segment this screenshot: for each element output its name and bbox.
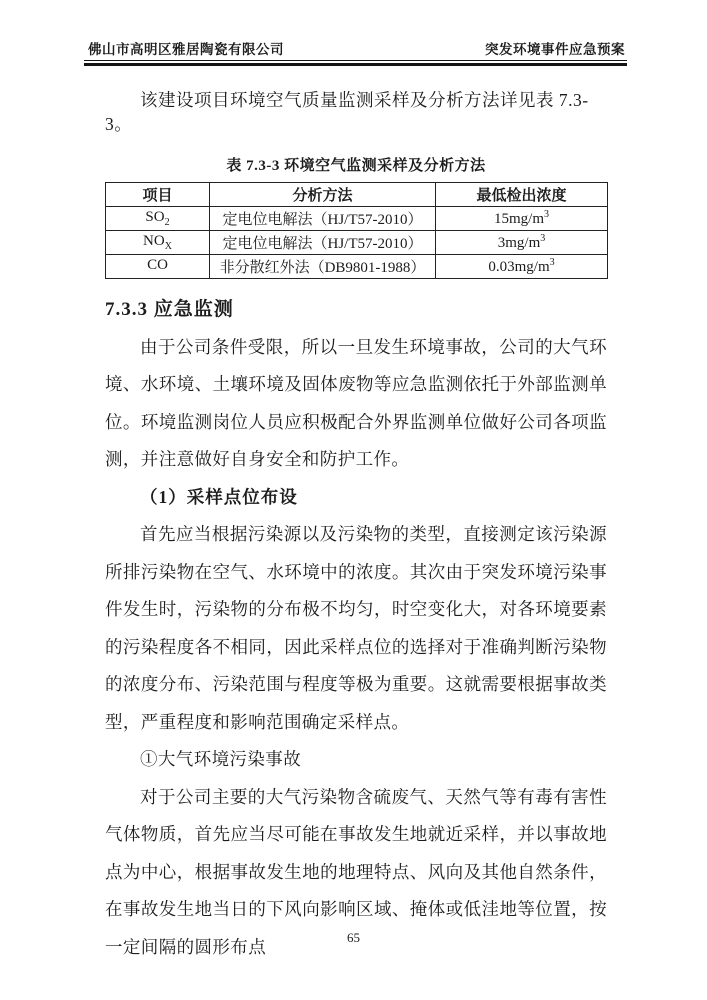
- section-paragraph-1: 由于公司条件受限，所以一旦发生环境事故，公司的大气环境、水环境、土壤环境及固体废…: [105, 329, 607, 479]
- item-heading-air-pollution-accident: ①大气环境污染事故: [105, 741, 607, 779]
- table-row: CO 非分散红外法（DB9801-1988） 0.03mg/m3: [106, 254, 608, 278]
- cell-detection-limit: 0.03mg/m3: [436, 254, 608, 278]
- header-divider-rule: [84, 60, 627, 66]
- limit-value: 0.03mg/m: [488, 259, 549, 275]
- item-symbol: CO: [147, 257, 168, 273]
- page-content: 该建设项目环境空气质量监测采样及分析方法详见表 7.3-3。 表 7.3-3 环…: [105, 88, 607, 966]
- column-header-item: 项目: [106, 182, 210, 206]
- sub-heading-sampling-points: （1）采样点位布设: [105, 479, 607, 517]
- air-monitoring-table: 项目 分析方法 最低检出浓度 SO2 定电位电解法（HJ/T57-2010） 1…: [105, 182, 608, 279]
- table-header-row: 项目 分析方法 最低检出浓度: [106, 182, 608, 206]
- page-header: 佛山市高明区雅居陶瓷有限公司 突发环境事件应急预案: [88, 38, 625, 58]
- limit-superscript: 3: [550, 257, 555, 268]
- cell-method: 定电位电解法（HJ/T57-2010）: [210, 230, 436, 254]
- cell-detection-limit: 15mg/m3: [436, 206, 608, 230]
- intro-paragraph: 该建设项目环境空气质量监测采样及分析方法详见表 7.3-3。: [105, 88, 607, 136]
- item-symbol: SO: [145, 209, 164, 225]
- cell-item: SO2: [106, 206, 210, 230]
- table-row: SO2 定电位电解法（HJ/T57-2010） 15mg/m3: [106, 206, 608, 230]
- page-number: 65: [0, 930, 707, 946]
- cell-method: 非分散红外法（DB9801-1988）: [210, 254, 436, 278]
- cell-item: NOX: [106, 230, 210, 254]
- header-company-name: 佛山市高明区雅居陶瓷有限公司: [88, 38, 284, 58]
- limit-value: 15mg/m: [494, 211, 544, 227]
- document-page: 佛山市高明区雅居陶瓷有限公司 突发环境事件应急预案 该建设项目环境空气质量监测采…: [0, 0, 707, 1000]
- column-header-detection-limit: 最低检出浓度: [436, 182, 608, 206]
- limit-superscript: 3: [544, 209, 549, 220]
- table-caption: 表 7.3-3 环境空气监测采样及分析方法: [105, 154, 607, 175]
- item-subscript: 2: [165, 217, 170, 228]
- cell-item: CO: [106, 254, 210, 278]
- column-header-method: 分析方法: [210, 182, 436, 206]
- table-row: NOX 定电位电解法（HJ/T57-2010） 3mg/m3: [106, 230, 608, 254]
- section-heading-7-3-3: 7.3.3 应急监测: [105, 294, 607, 321]
- section-paragraph-2: 首先应当根据污染源以及污染物的类型，直接测定该污染源所排污染物在空气、水环境中的…: [105, 516, 607, 741]
- cell-method: 定电位电解法（HJ/T57-2010）: [210, 206, 436, 230]
- cell-detection-limit: 3mg/m3: [436, 230, 608, 254]
- limit-value: 3mg/m: [498, 235, 541, 251]
- header-document-title: 突发环境事件应急预案: [485, 38, 625, 58]
- item-subscript: X: [165, 241, 172, 252]
- limit-superscript: 3: [540, 233, 545, 244]
- item-symbol: NO: [143, 233, 165, 249]
